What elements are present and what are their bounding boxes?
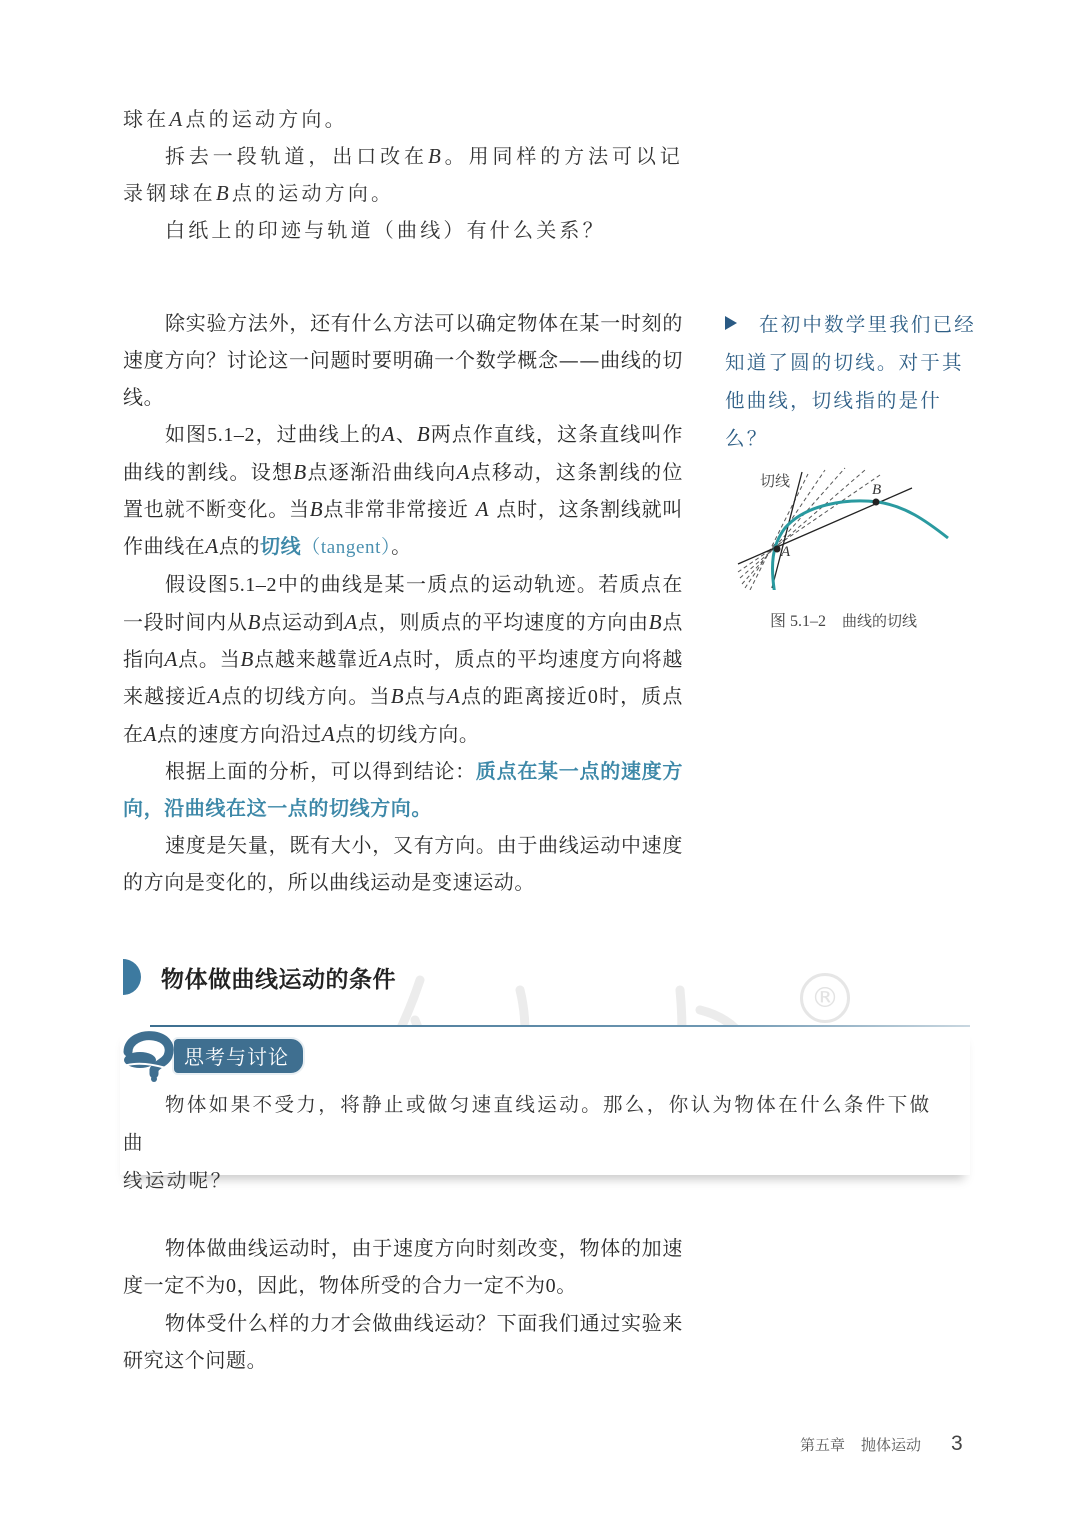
- body-text: 除实验方法外，还有什么方法可以确定物体在某一时刻的速度方向？讨论这一问题时要明确…: [123, 305, 683, 901]
- figure-caption: 图 5.1–2曲线的切线: [770, 608, 917, 631]
- paragraph: 物体受什么样的力才会做曲线运动？下面我们通过实验来研究这个问题。: [123, 1305, 683, 1379]
- section-title: 物体做曲线运动的条件: [161, 961, 396, 994]
- paragraph: 物体做曲线运动时，由于速度方向时刻改变，物体的加速度一定不为0，因此，物体所受的…: [123, 1230, 683, 1305]
- paragraph: 白纸上的印迹与轨道（曲线）有什么关系？: [123, 212, 683, 249]
- tangent-figure: 切线 A B: [730, 460, 960, 590]
- paragraph: 假设图5.1–2中的曲线是某一质点的运动轨迹。若质点在一段时间内从B点运动到A点…: [123, 566, 683, 753]
- section-heading: 物体做曲线运动的条件: [123, 957, 396, 997]
- chapter-label: 第五章: [800, 1434, 845, 1455]
- registered-mark: ®: [800, 973, 850, 1023]
- section-marker-icon: [123, 959, 141, 995]
- label-a: A: [781, 544, 790, 561]
- point-a: [774, 546, 781, 553]
- body-text-2: 物体做曲线运动时，由于速度方向时刻改变，物体的加速度一定不为0，因此，物体所受的…: [123, 1230, 683, 1379]
- term-tangent: 切线: [260, 534, 301, 558]
- paragraph: 如图5.1–2，过曲线上的A、B两点作直线，这条直线叫作曲线的割线。设想B点逐渐…: [123, 416, 683, 566]
- point-b: [873, 499, 880, 506]
- paragraph: 除实验方法外，还有什么方法可以确定物体在某一时刻的速度方向？讨论这一问题时要明确…: [123, 305, 683, 416]
- chapter-title: 抛体运动: [861, 1434, 921, 1455]
- triangle-marker-icon: [725, 316, 737, 330]
- textbook-page: 球在A点的运动方向。 拆去一段轨道，出口改在B。用同样的方法可以记录钢球在B点的…: [0, 0, 1080, 1527]
- side-note: 在初中数学里我们已经知道了圆的切线。对于其他曲线，切线指的是什么？: [725, 306, 985, 458]
- label-b: B: [872, 482, 881, 499]
- tangent-label: 切线: [760, 470, 790, 491]
- paragraph: 球在A点的运动方向。: [123, 101, 683, 138]
- paragraph: 根据上面的分析，可以得到结论：质点在某一点的速度方向，沿曲线在这一点的切线方向。: [123, 753, 683, 827]
- divider-line: [150, 1025, 970, 1027]
- page-footer: 第五章 抛体运动 3: [800, 1432, 963, 1456]
- question-mark-icon: [122, 1030, 178, 1082]
- paragraph: 速度是矢量，既有大小，又有方向。由于曲线运动中速度的方向是变化的，所以曲线运动是…: [123, 827, 683, 901]
- page-number: 3: [951, 1432, 963, 1456]
- discussion-badge-label: 思考与讨论: [172, 1037, 305, 1075]
- discussion-text: 物体如果不受力，将静止或做匀速直线运动。那么，你认为物体在什么条件下做曲 线运动…: [123, 1086, 953, 1200]
- paragraph: 拆去一段轨道，出口改在B。用同样的方法可以记录钢球在B点的运动方向。: [123, 138, 683, 212]
- discussion-badge: 思考与讨论: [122, 1032, 305, 1080]
- experiment-text-block: 球在A点的运动方向。 拆去一段轨道，出口改在B。用同样的方法可以记录钢球在B点的…: [123, 101, 683, 249]
